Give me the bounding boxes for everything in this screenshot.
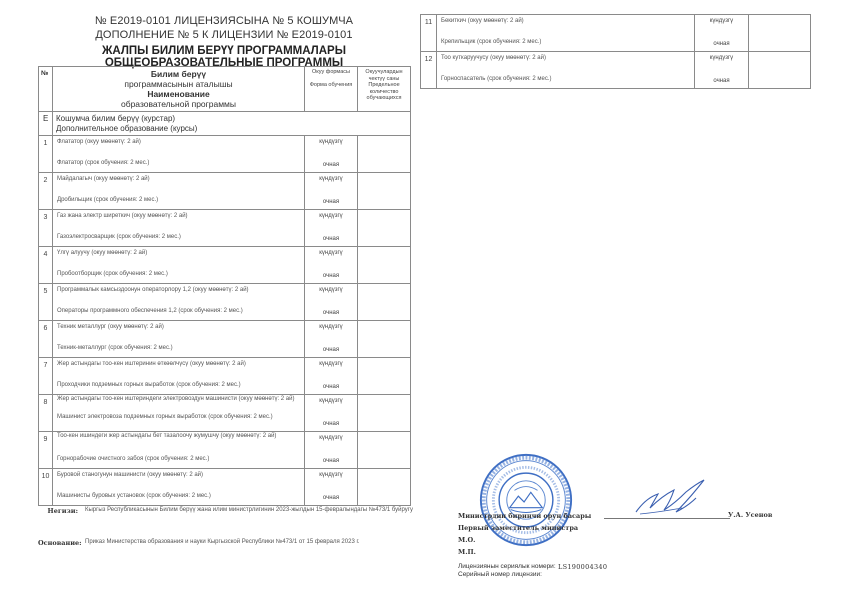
study-form: күндүзгүочная — [305, 358, 358, 395]
program-name-ky: Техник металлург (окуу мөөнөтү: 2 ай) — [57, 321, 300, 339]
student-limit — [749, 52, 811, 89]
table-row: 5Программалык камсыздоонун операторлору … — [39, 284, 411, 321]
study-form: күндүзгүочная — [305, 173, 358, 210]
row-number: 2 — [39, 173, 53, 210]
program-name-ky: Майдалагыч (окуу мөөнөтү: 2 ай) — [57, 173, 300, 191]
study-form-ru: очная — [305, 191, 357, 209]
table-row: 2Майдалагыч (окуу мөөнөтү: 2 ай)Дробильщ… — [39, 173, 411, 210]
row-number: 4 — [39, 247, 53, 284]
program-name: Тоо куткаруучусу (окуу мөөнөтү: 2 ай)Гор… — [437, 52, 695, 89]
program-name-ky: Тоо-кен ишиндеги жер астындагы бет тазал… — [57, 432, 300, 450]
serial-label-ky: Лицензиянын сериялык номери: — [458, 563, 556, 571]
section-title-ky: Кошумча билим берүү (курстар) — [56, 114, 407, 124]
study-form-ky: күндүзгү — [305, 469, 357, 487]
signature-line — [604, 518, 730, 519]
col-header-quantity: Окуучулардын чектүү саны Предельное коли… — [358, 67, 411, 112]
section-title-ru: Дополнительное образование (курсы) — [56, 124, 407, 134]
study-form: күндүзгүочная — [305, 395, 358, 432]
student-limit — [358, 136, 411, 173]
study-form-ky: күндүзгү — [305, 247, 357, 265]
study-form-ky: күндүзгү — [305, 432, 357, 450]
student-limit — [358, 247, 411, 284]
program-name-ru: Техник-металлург (срок обучения: 2 мес.) — [57, 339, 300, 357]
row-number: 11 — [421, 15, 437, 52]
serial-number: LS190004340 — [558, 563, 607, 571]
stamp-place-ky: М.О. — [458, 536, 475, 544]
col-header-form: Окуу формасы Форма обучения — [305, 67, 358, 112]
program-name-ru: Газоэлектросварщик (срок обучения: 2 мес… — [57, 228, 300, 246]
serial-label-ru: Серийный номер лицензии: — [458, 571, 556, 579]
col-header-name-ru-1: Наименование — [53, 89, 304, 99]
title-license-ru: ДОПОЛНЕНИЕ № 5 К ЛИЦЕНЗИИ № E2019-0101 — [38, 28, 410, 42]
study-form-ru: очная — [305, 265, 357, 283]
study-form-ky: күндүзгү — [305, 136, 357, 154]
program-name: Үлгү алуучу (окуу мөөнөтү: 2 ай)Пробоотб… — [53, 247, 305, 284]
program-name: Техник металлург (окуу мөөнөтү: 2 ай)Тех… — [53, 321, 305, 358]
study-form-ky: күндүзгү — [305, 210, 357, 228]
title-programs-ky: ЖАЛПЫ БИЛИМ БЕРҮҮ ПРОГРАММАЛАРЫ — [38, 45, 410, 57]
col-header-name: Билим берүү программасынын аталышы Наиме… — [53, 67, 305, 112]
study-form-ru: очная — [305, 302, 357, 320]
student-limit — [749, 15, 811, 52]
table-row: 12Тоо куткаруучусу (окуу мөөнөтү: 2 ай)Г… — [421, 52, 811, 89]
program-name-ky: Үлгү алуучу (окуу мөөнөтү: 2 ай) — [57, 247, 300, 265]
table-row: 11Бекиткич (окуу мөөнөтү: 2 ай)Крепильщи… — [421, 15, 811, 52]
row-number: 9 — [39, 432, 53, 469]
student-limit — [358, 284, 411, 321]
stamp-place-ru: М.П. — [458, 548, 476, 556]
student-limit — [358, 432, 411, 469]
program-name: Жер астындагы тоо-кен иштеринин өткөөлчү… — [53, 358, 305, 395]
signer-position-ru: Первый заместитель министра — [458, 524, 578, 532]
program-name-ru: Пробоотборщик (срок обучения: 2 мес.) — [57, 265, 300, 283]
section-row: Е Кошумча билим берүү (курстар) Дополнит… — [39, 112, 411, 136]
study-form-ru: очная — [695, 70, 748, 88]
document-title: № E2019-0101 ЛИЦЕНЗИЯСЫНА № 5 КОШУМЧА ДО… — [38, 14, 410, 69]
program-name-ru: Горноспасатель (срок обучения: 2 мес.) — [441, 70, 690, 88]
basis-text-ru: Приказ Министерства образования и науки … — [85, 539, 425, 546]
study-form-ky: күндүзгү — [305, 284, 357, 302]
study-form-ky: күндүзгү — [305, 358, 357, 376]
row-number: 6 — [39, 321, 53, 358]
row-number: 7 — [39, 358, 53, 395]
col-header-form-ru: Форма обучения — [306, 82, 356, 89]
table-row: 1Флататор (окуу мөөнөтү: 2 ай)Флататор (… — [39, 136, 411, 173]
study-form-ru: очная — [305, 376, 357, 394]
basis-label-ru: Основание: — [38, 539, 78, 547]
student-limit — [358, 469, 411, 506]
table-header-row: № Билим берүү программасынын аталышы Наи… — [39, 67, 411, 112]
program-name-ky: Жер астындагы тоо-кен иштериндеги электр… — [57, 395, 300, 413]
program-name-ky: Флататор (окуу мөөнөтү: 2 ай) — [57, 136, 300, 154]
program-name-ky: Газ жана электр ширеткич (окуу мөөнөтү: … — [57, 210, 300, 228]
row-number: 12 — [421, 52, 437, 89]
program-name-ky: Тоо куткаруучусу (окуу мөөнөтү: 2 ай) — [441, 52, 690, 70]
study-form-ru: очная — [695, 33, 748, 51]
student-limit — [358, 321, 411, 358]
section-letter: Е — [39, 112, 53, 136]
study-form: күндүзгүочная — [305, 247, 358, 284]
student-limit — [358, 173, 411, 210]
program-name-ru: Дробильщик (срок обучения: 2 мес.) — [57, 191, 300, 209]
program-name-ru: Флататор (срок обучения: 2 мес.) — [57, 154, 300, 172]
study-form-ky: күндүзгү — [305, 173, 357, 191]
program-name-ky: Жер астындагы тоо-кен иштеринин өткөөлчү… — [57, 358, 300, 376]
study-form-ru: очная — [305, 339, 357, 357]
row-number: 8 — [39, 395, 53, 432]
license-serial: Лицензиянын сериялык номери: Серийный но… — [458, 563, 556, 579]
table-row: 10Буровой станогунун машинисти (окуу мөө… — [39, 469, 411, 506]
program-name: Газ жана электр ширеткич (окуу мөөнөтү: … — [53, 210, 305, 247]
signature-icon — [630, 478, 710, 518]
study-form: күндүзгүочная — [695, 15, 749, 52]
section-title: Кошумча билим берүү (курстар) Дополнител… — [53, 112, 411, 136]
study-form: күндүзгүочная — [695, 52, 749, 89]
study-form-ky: күндүзгү — [305, 395, 357, 413]
col-header-qty-ky: Окуучулардын чектүү саны — [359, 69, 409, 82]
col-header-name-ky-2: программасынын аталышы — [53, 79, 304, 89]
program-name-ru: Машинисты буровых установок (срок обучен… — [57, 487, 300, 505]
signer-position-ky: Министрдин биринчи орун басары — [458, 512, 591, 520]
program-name: Бекиткич (окуу мөөнөтү: 2 ай)Крепильщик … — [437, 15, 695, 52]
programs-table: № Билим берүү программасынын аталышы Наи… — [38, 66, 411, 506]
study-form-ru: очная — [305, 487, 357, 505]
study-form-ru: очная — [305, 154, 357, 172]
program-name-ky: Бекиткич (окуу мөөнөтү: 2 ай) — [441, 15, 690, 33]
study-form: күндүзгүочная — [305, 136, 358, 173]
col-header-qty-ru: Предельное количество обучающихся — [359, 82, 409, 102]
program-name-ky: Программалык камсыздоонун операторлору 1… — [57, 284, 300, 302]
table-row: 7Жер астындагы тоо-кен иштеринин өткөөлч… — [39, 358, 411, 395]
student-limit — [358, 210, 411, 247]
study-form: күндүзгүочная — [305, 284, 358, 321]
col-header-name-ky-1: Билим берүү — [53, 69, 304, 79]
study-form: күндүзгүочная — [305, 210, 358, 247]
study-form-ru: очная — [305, 450, 357, 468]
program-name-ky: Буровой станогунун машинисти (окуу мөөнө… — [57, 469, 300, 487]
program-name: Буровой станогунун машинисти (окуу мөөнө… — [53, 469, 305, 506]
official-seal-icon — [478, 452, 574, 548]
program-name-ru: Операторы программного обеспечения 1,2 (… — [57, 302, 300, 320]
table-row: 8Жер астындагы тоо-кен иштериндеги элект… — [39, 395, 411, 432]
col-header-name-ru-2: образовательной программы — [53, 99, 304, 109]
study-form: күндүзгүочная — [305, 469, 358, 506]
program-name: Тоо-кен ишиндеги жер астындагы бет тазал… — [53, 432, 305, 469]
program-name: Майдалагыч (окуу мөөнөтү: 2 ай)Дробильщи… — [53, 173, 305, 210]
study-form: күндүзгүочная — [305, 321, 358, 358]
basis-label-ky: Негизи: — [38, 507, 78, 515]
study-form-ru: очная — [305, 228, 357, 246]
basis-text-ky: Кыргыз Республикасынын Билим берүү жана … — [85, 507, 425, 514]
program-name: Программалык камсыздоонун операторлору 1… — [53, 284, 305, 321]
study-form: күндүзгүочная — [305, 432, 358, 469]
table-row: 3Газ жана электр ширеткич (окуу мөөнөтү:… — [39, 210, 411, 247]
table-row: 4Үлгү алуучу (окуу мөөнөтү: 2 ай)Пробоот… — [39, 247, 411, 284]
program-name: Флататор (окуу мөөнөтү: 2 ай)Флататор (с… — [53, 136, 305, 173]
table-row: 6Техник металлург (окуу мөөнөтү: 2 ай)Те… — [39, 321, 411, 358]
program-name-ru: Крепильщик (срок обучения: 2 мес.) — [441, 33, 690, 51]
student-limit — [358, 395, 411, 432]
study-form-ky: күндүзгү — [695, 52, 748, 70]
program-name-ru: Машинист электровоза подземных горных вы… — [57, 413, 300, 431]
col-header-number: № — [39, 67, 53, 112]
signer-name: У.А. Усенов — [728, 511, 772, 519]
study-form-ky: күндүзгү — [305, 321, 357, 339]
title-license-ky: № E2019-0101 ЛИЦЕНЗИЯСЫНА № 5 КОШУМЧА — [38, 14, 410, 28]
table-row: 9Тоо-кен ишиндеги жер астындагы бет таза… — [39, 432, 411, 469]
row-number: 5 — [39, 284, 53, 321]
row-number: 3 — [39, 210, 53, 247]
col-header-form-ky: Окуу формасы — [306, 69, 356, 76]
program-name: Жер астындагы тоо-кен иштериндеги электр… — [53, 395, 305, 432]
study-form-ky: күндүзгү — [695, 15, 748, 33]
study-form-ru: очная — [305, 413, 357, 431]
student-limit — [358, 358, 411, 395]
programs-table-continued: 11Бекиткич (окуу мөөнөтү: 2 ай)Крепильщи… — [420, 14, 811, 89]
program-name-ru: Проходчики подземных горных выработок (с… — [57, 376, 300, 394]
row-number: 10 — [39, 469, 53, 506]
row-number: 1 — [39, 136, 53, 173]
program-name-ru: Горнорабочие очистного забоя (срок обуче… — [57, 450, 300, 468]
